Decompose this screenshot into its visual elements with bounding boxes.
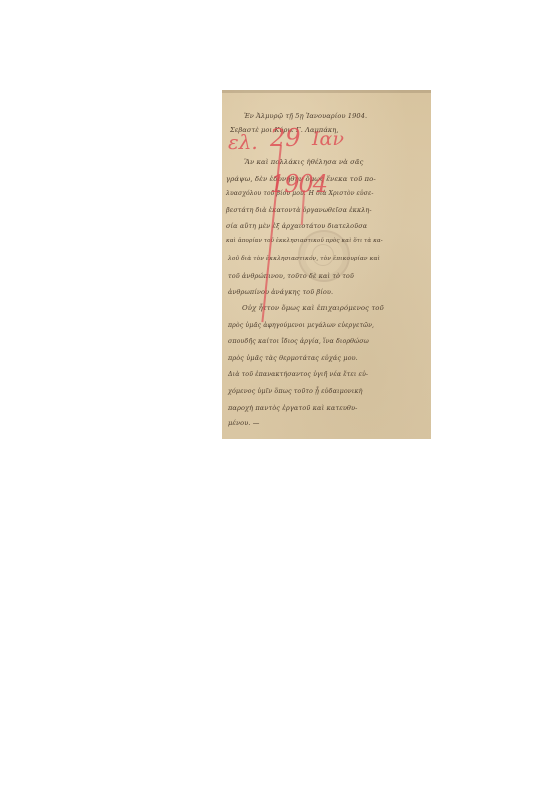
stamp-inner-ring bbox=[312, 244, 334, 266]
letter-line: λυασχόλου τοῦ βίου μου. Ἡ διὰ Χριστὸν εὐ… bbox=[226, 190, 431, 197]
letter-dateline: Ἐν Ἀλμυρῷ τῇ 5ῃ Ἰανουαρίου 1904. bbox=[244, 112, 431, 120]
letter-closing: μένου. — bbox=[228, 419, 431, 427]
letter-line: καὶ ἀπορίαν τοῦ ἐκκλησιαστικοῦ πρὸς καὶ … bbox=[226, 238, 431, 244]
annotation-prefix: ελ. bbox=[228, 130, 258, 154]
letter-line: σπουδῆς καίτοι ἴδιος ἀργία, ἵνα διορθώσω bbox=[228, 338, 431, 345]
letter-line: Ἂν καὶ πολλάκις ἠθέλησα νὰ σᾶς bbox=[244, 158, 431, 166]
letter-paper: Ἐν Ἀλμυρῷ τῇ 5ῃ Ἰανουαρίου 1904. Σεβαστὲ… bbox=[222, 90, 431, 439]
letter-line: γράψω, δὲν ἐδυνήθην ὅμως ἕνεκα τοῦ πο- bbox=[226, 175, 431, 183]
letter-line: πρὸς ὑμᾶς ἀφηγούμενοι μεγάλων εὐεργετῶν, bbox=[228, 322, 431, 329]
letter-line: λοῦ διὰ τὸν ἐκκλησιαστικόν, τὸν ἐπικουρί… bbox=[228, 256, 431, 262]
page-background: Ἐν Ἀλμυρῷ τῇ 5ῃ Ἰανουαρίου 1904. Σεβαστὲ… bbox=[0, 0, 549, 800]
letter-paragraph-start: Οὐχ ἧττον ὅμως καὶ ἐπιχαιρόμενος τοῦ bbox=[242, 304, 431, 312]
letter-line: βεστάτη διὰ ἑκατοντὰ ὀργανωθεῖσα ἐκκλη- bbox=[226, 206, 431, 214]
letter-line: χόμενος ὑμῖν ὅπως τοῦτο ᾖ εὐδαιμονικὴ bbox=[228, 387, 431, 395]
letter-line: Διὰ τοῦ ἐπανακτήσαντος ὑγιῆ νέα ἔτει εὐ- bbox=[228, 371, 431, 378]
letter-line: πρὸς ὑμᾶς τὰς θερμοτάτας εὐχάς μου. bbox=[228, 354, 431, 362]
annotation-day: 29 bbox=[270, 124, 301, 152]
letter-line: σία αὕτη μὲν ἐξ ἀρχαιοτάτου διατελοῦσα bbox=[226, 222, 431, 230]
annotation-month: Ιαν bbox=[312, 128, 344, 150]
letter-line: τοῦ ἀνθρώπινου, τοῦτο δὲ καὶ τὸ τοῦ bbox=[228, 272, 431, 280]
annotation-year: 1904 bbox=[270, 170, 327, 198]
paper-edge bbox=[222, 90, 431, 93]
letter-line: ἀνθρωπίνου ἀνάγκης τοῦ βίου. bbox=[228, 288, 431, 296]
letter-line: παροχὴ παντὸς ἐργατοῦ καὶ κατευθυ- bbox=[228, 404, 431, 412]
